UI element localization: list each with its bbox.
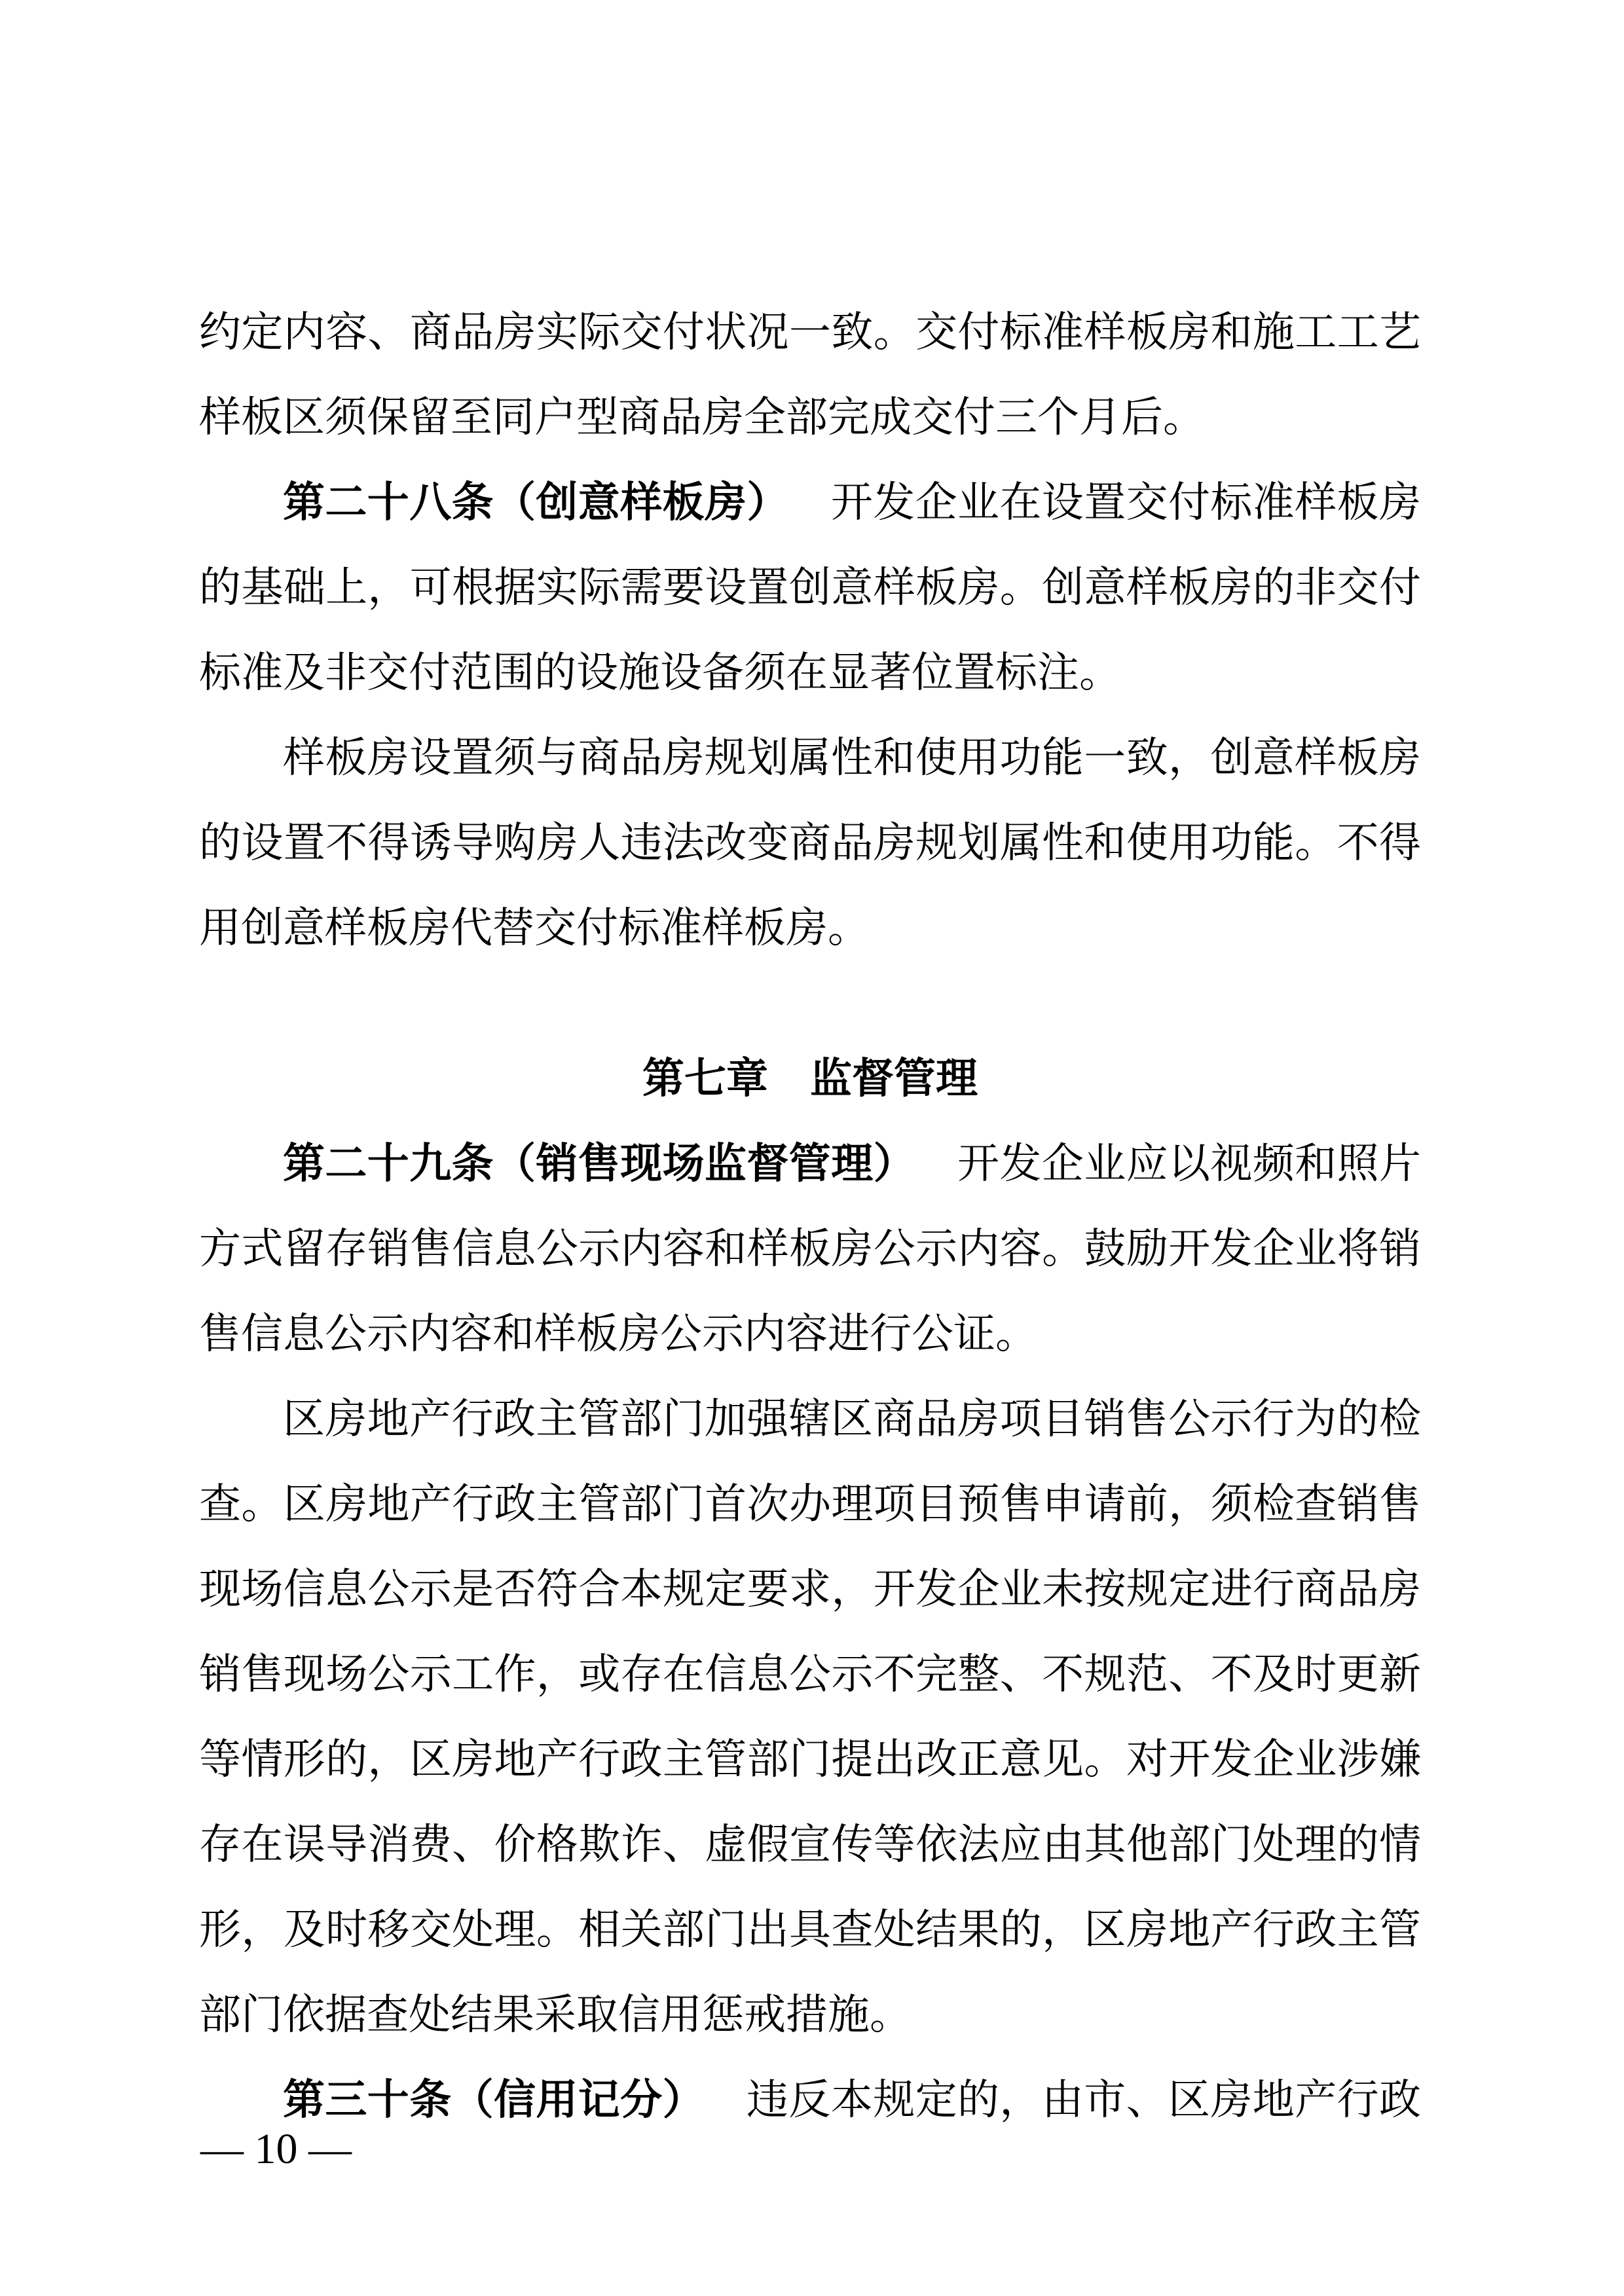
paragraph-district-inspection: 区房地产行政主管部门加强辖区商品房项目销售公示行为的检查。区房地产行政主管部门首…	[199, 1377, 1421, 2058]
article-30-title: 第三十条（信用记分）	[283, 2076, 705, 2124]
article-28-title: 第二十八条（创意样板房）	[283, 479, 789, 527]
paragraph-model-room-rules: 样板房设置须与商品房规划属性和使用功能一致，创意样板房的设置不得诱导购房人违法改…	[199, 716, 1421, 971]
page-footer: — 10 —	[200, 2126, 352, 2172]
document-page: 约定内容、商品房实际交付状况一致。交付标准样板房和施工工艺样板区须保留至同户型商…	[0, 0, 1624, 2296]
document-body: 约定内容、商品房实际交付状况一致。交付标准样板房和施工工艺样板区须保留至同户型商…	[199, 290, 1421, 2143]
page-number: — 10 —	[200, 2125, 352, 2173]
article-29: 第二十九条（销售现场监督管理）开发企业应以视频和照片方式留存销售信息公示内容和样…	[199, 1121, 1421, 1377]
article-29-title: 第二十九条（销售现场监督管理）	[283, 1140, 915, 1188]
chapter-7-heading: 第七章 监督管理	[199, 1036, 1421, 1121]
article-28: 第二十八条（创意样板房）开发企业在设置交付标准样板房的基础上，可根据实际需要设置…	[199, 460, 1421, 716]
article-30-text: 违反本规定的，由市、区房地产行政	[705, 2077, 1421, 2123]
paragraph-continuation: 约定内容、商品房实际交付状况一致。交付标准样板房和施工工艺样板区须保留至同户型商…	[199, 290, 1421, 460]
article-30: 第三十条（信用记分）违反本规定的，由市、区房地产行政	[199, 2058, 1421, 2143]
